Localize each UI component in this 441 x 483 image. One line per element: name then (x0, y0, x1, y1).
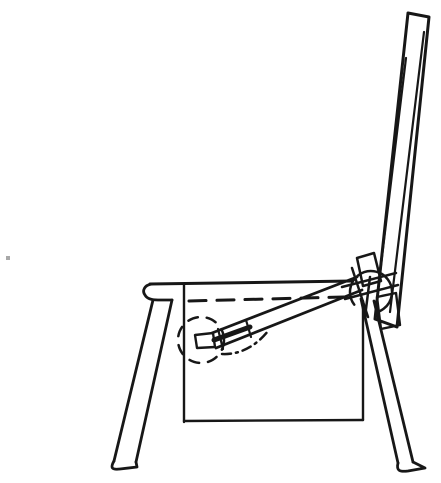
actuator-rod (195, 277, 362, 349)
seat-front-nose (144, 284, 172, 300)
chair-linkage-figure (0, 0, 441, 483)
backrest (375, 13, 429, 329)
chair-linkage-drawing (0, 0, 441, 483)
seat-top-edge (150, 281, 352, 284)
backrest-inner-line (390, 32, 424, 312)
rod-upper-edge (212, 277, 357, 333)
front-leg-right-edge (136, 300, 172, 462)
stray-speck (6, 256, 10, 260)
seat-box-bottom-edge (184, 420, 363, 421)
front-leg-left-edge (114, 300, 153, 461)
bracket-vertical-pin (365, 277, 370, 317)
bracket-clamp-lower (345, 285, 398, 299)
backrest-inner-line-2 (378, 58, 406, 290)
front-leg (112, 300, 172, 469)
drawing-ink (112, 13, 429, 471)
hidden-seat-edge-dashed (189, 297, 344, 301)
pivot-bracket (342, 253, 401, 321)
front-leg-foot (112, 461, 137, 469)
seat-frame-box (184, 284, 363, 422)
rear-leg-foot (397, 462, 425, 471)
